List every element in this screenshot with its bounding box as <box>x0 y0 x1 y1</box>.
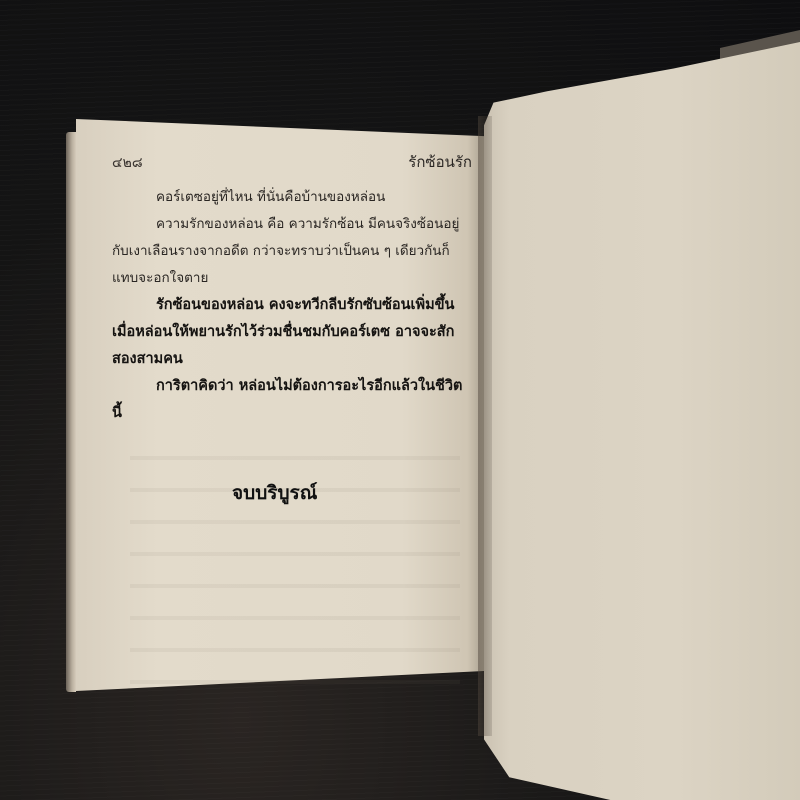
book-spine-gutter <box>478 116 492 736</box>
page-header: ๔๒๘ รักซ้อนรัก <box>112 150 472 174</box>
page-number: ๔๒๘ <box>112 152 143 174</box>
paragraph-2: ความรักของหล่อน คือ ความรักซ้อน มีคนจริง… <box>112 211 472 292</box>
photo-scene: ๔๒๘ รักซ้อนรัก คอร์เตซอยู่ที่ไหน ที่นั่น… <box>0 0 800 800</box>
paragraph-1: คอร์เตซอยู่ที่ไหน ที่นั่นคือบ้านของหล่อน <box>112 184 472 211</box>
paragraph-4: การิตาคิดว่า หล่อนไม่ต้องการอะไรอีกแล้วใ… <box>112 373 472 427</box>
page-text-block: ๔๒๘ รักซ้อนรัก คอร์เตซอยู่ที่ไหน ที่นั่น… <box>112 150 472 427</box>
page-stack-edge <box>66 132 76 692</box>
show-through-text <box>130 438 460 688</box>
the-end-heading: จบบริบูรณ์ <box>232 478 317 508</box>
running-title: รักซ้อนรัก <box>408 150 472 174</box>
right-page-blank <box>484 42 800 800</box>
paragraph-3: รักซ้อนของหล่อน คงจะทวีกลีบรักซับซ้อนเพิ… <box>112 292 472 373</box>
